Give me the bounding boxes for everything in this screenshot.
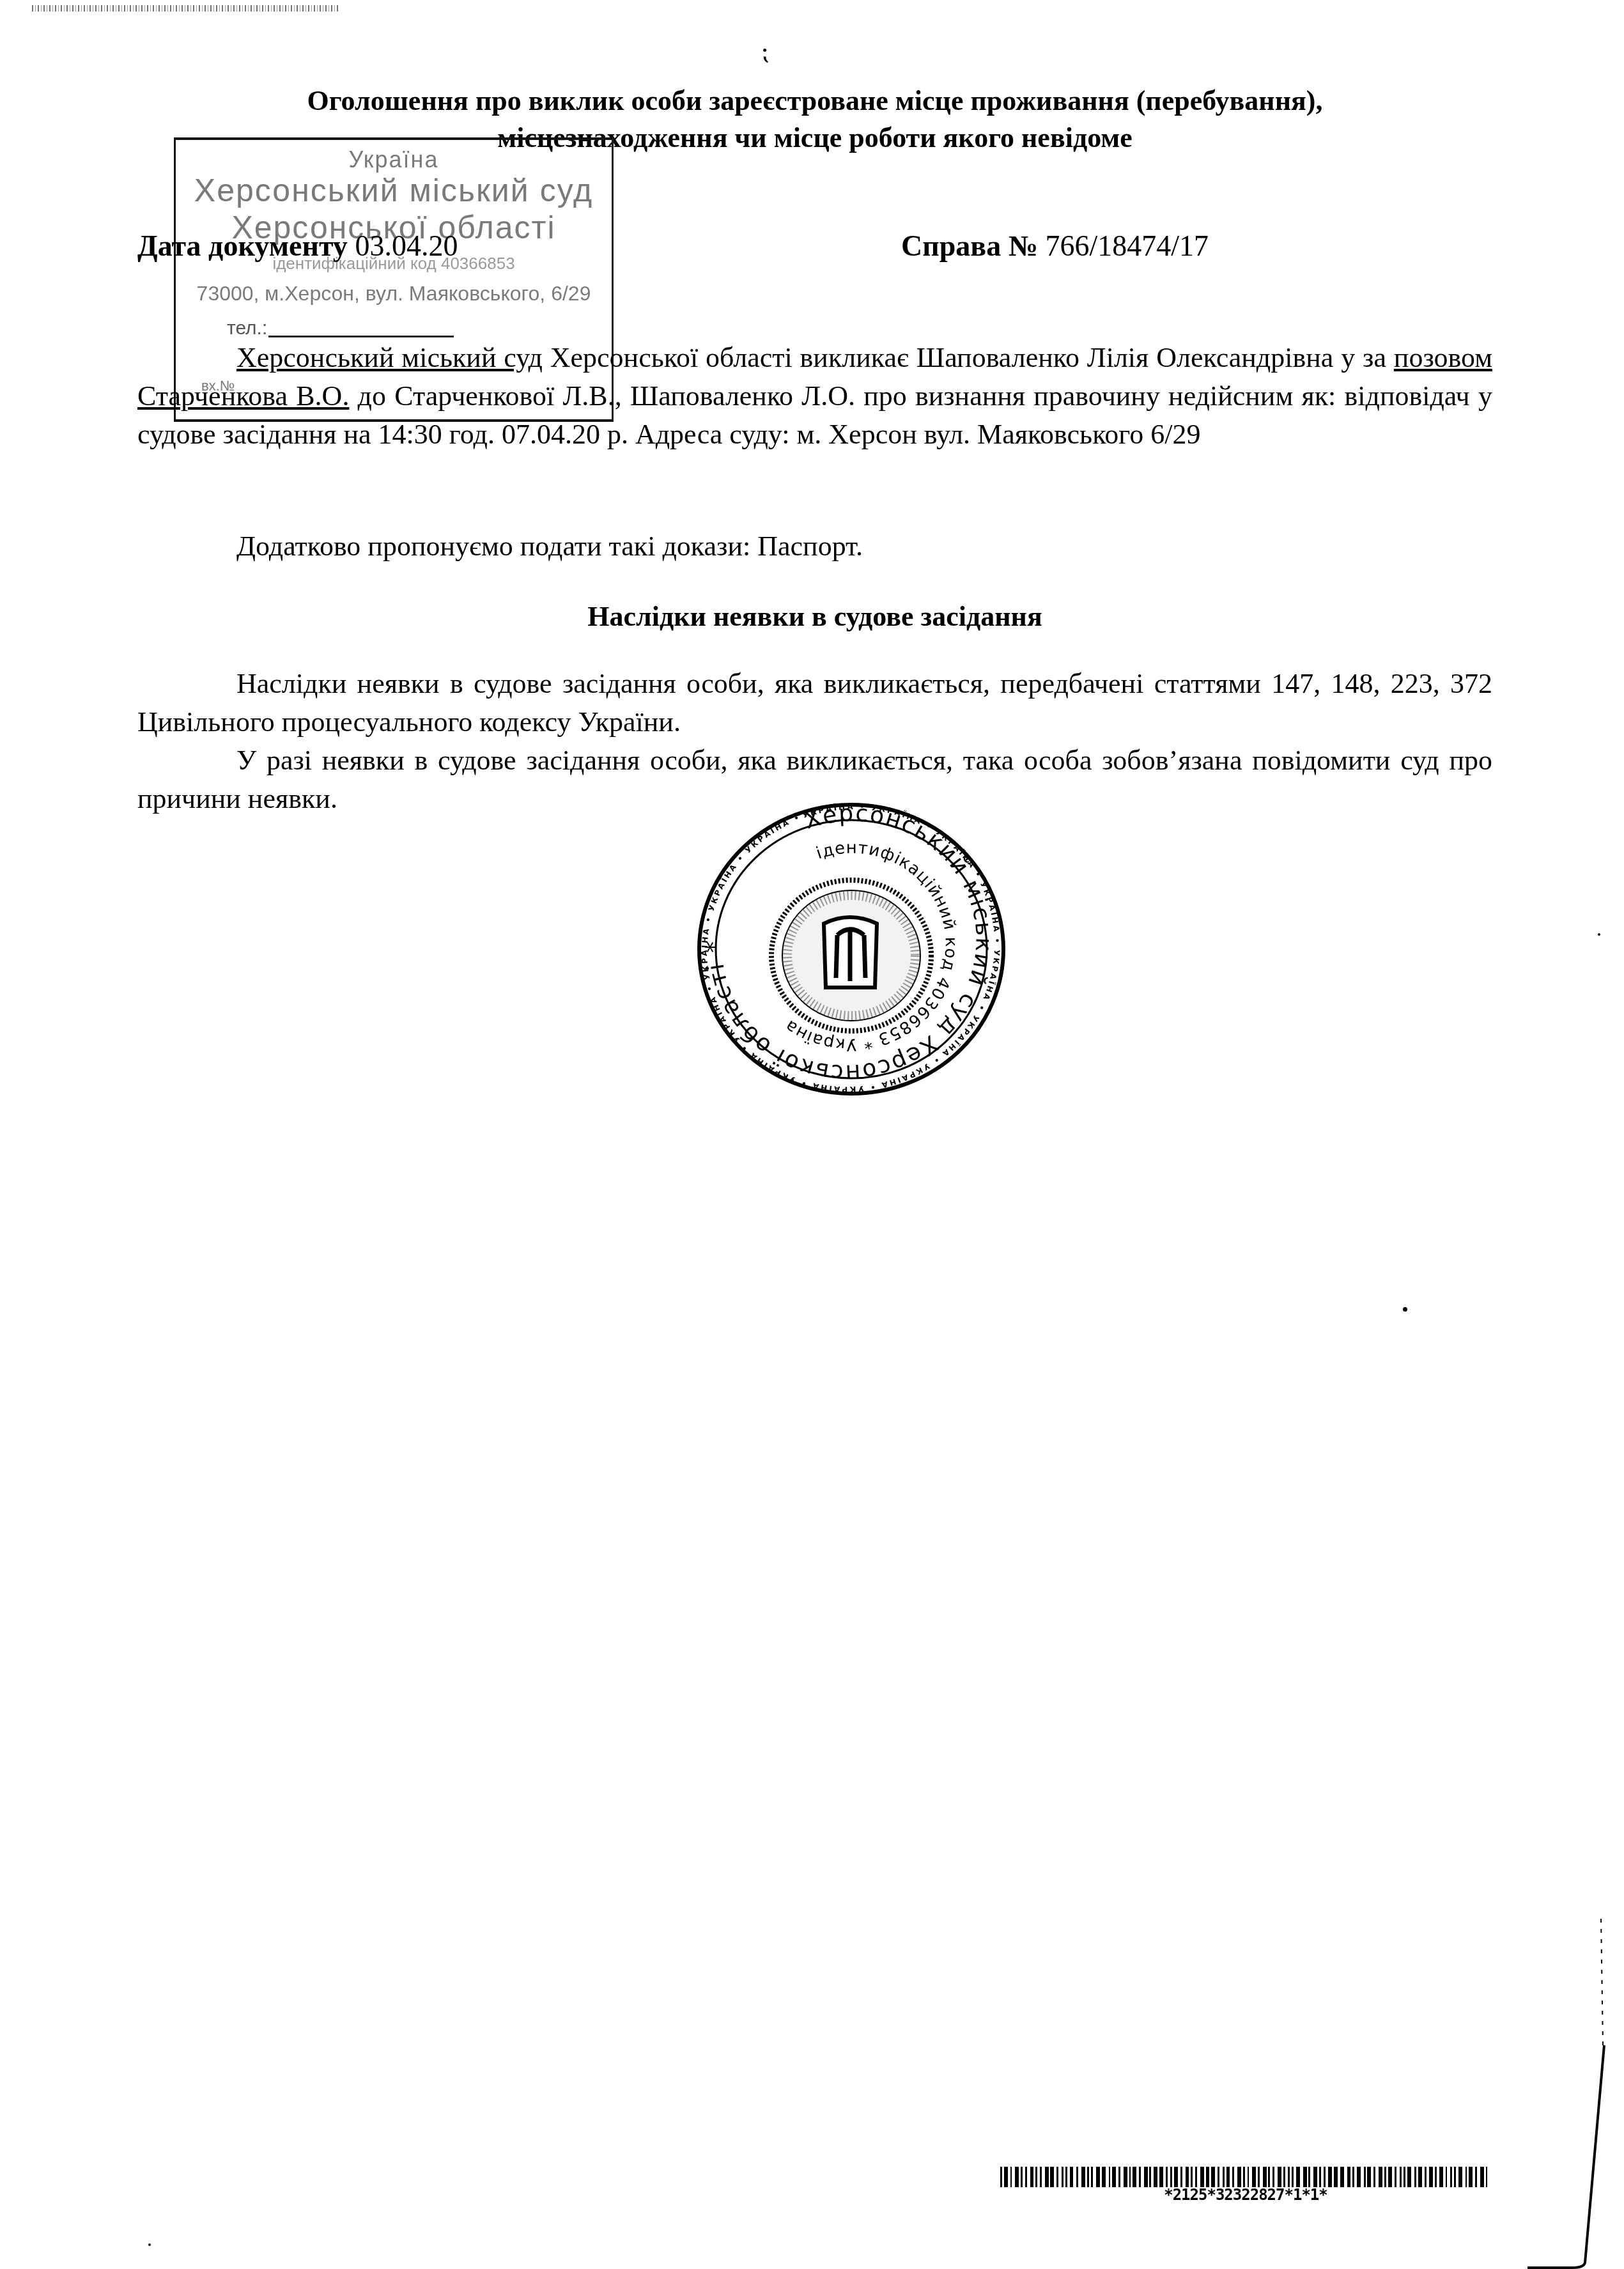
document-date: Дата документу 03.04.20: [137, 227, 458, 265]
court-seal: УКРАЇНА • УКРАЇНА • УКРАЇНА • УКРАЇНА • …: [697, 802, 1007, 1096]
stamp-address: 73000, м.Херсон, вул. Маяковського, 6/29: [176, 282, 612, 306]
stamp-tel-line: [268, 336, 454, 337]
document-title-line-1: Оголошення про виклик особи зареєстрован…: [137, 82, 1492, 120]
date-value: 03.04.20: [355, 229, 458, 262]
scan-speck: [148, 2243, 151, 2246]
stamp-tel-label: тел.:: [227, 318, 267, 339]
trident-icon: [824, 917, 877, 987]
scan-mark: ⁏: [761, 38, 769, 64]
evidence-paragraph: Додатково пропонуємо подати такі докази:…: [137, 527, 1492, 566]
date-label: Дата документу: [137, 229, 348, 262]
case-label: Справа №: [901, 229, 1038, 262]
consequences-paragraph: Наслідки неявки в судове засідання особи…: [137, 665, 1492, 741]
summons-paragraph: Херсонський міський суд Херсонської обла…: [137, 339, 1492, 454]
summons-text-1: Херсонської області викликає Шаповаленко…: [543, 342, 1394, 373]
case-value: 766/18474/17: [1045, 229, 1209, 262]
scan-noise: [32, 5, 339, 12]
stamp-country: Україна: [176, 146, 612, 173]
barcode-text: *2125*32322827*1*1*: [1000, 2186, 1491, 2204]
stamp-court: Херсонський міський суд: [176, 172, 612, 209]
barcode: [1000, 2167, 1491, 2187]
case-number: Справа № 766/18474/17: [901, 227, 1209, 265]
court-name: Херсонський міський суд: [236, 342, 543, 373]
consequences-heading: Наслідки неявки в судове засідання: [137, 598, 1492, 636]
scan-speck: [1403, 1307, 1407, 1312]
scan-speck: [1598, 933, 1600, 936]
